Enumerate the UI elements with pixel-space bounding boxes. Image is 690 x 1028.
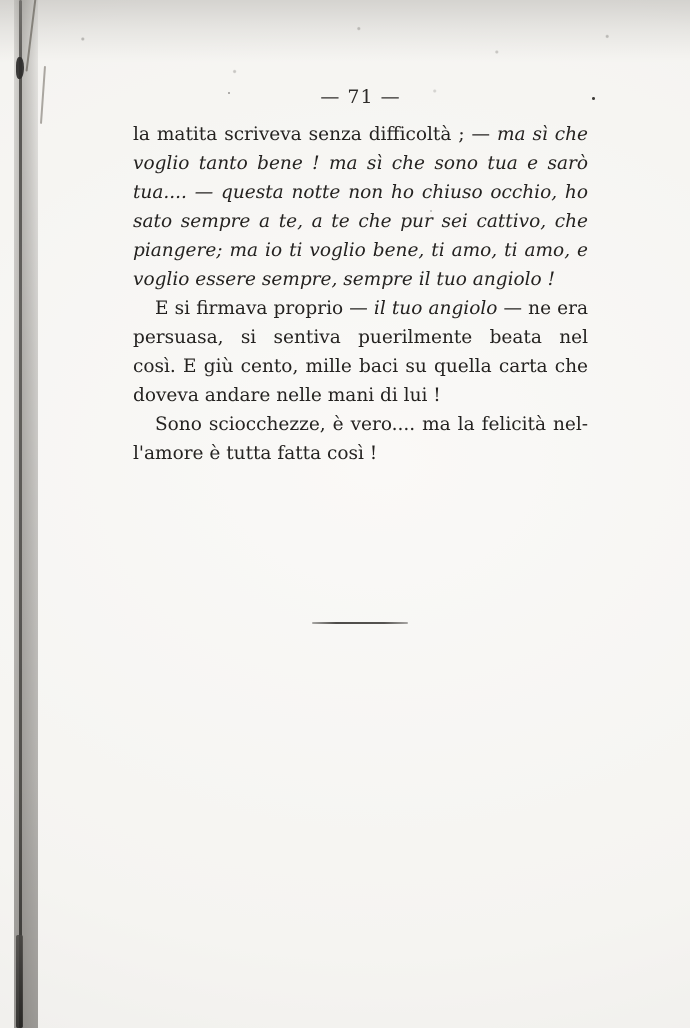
text-line: voglio tanto bene ! ma sì che sono tua e… xyxy=(133,149,588,178)
body-text: la matita scriveva senza difficoltà ; — … xyxy=(133,120,588,468)
binding-shadow xyxy=(14,0,38,1028)
text-line: doveva andare nelle mani di lui ! xyxy=(133,381,588,410)
binding-crease-foot xyxy=(16,935,23,1028)
roman-text: Sono sciocchezze, è vero.... ma la felic… xyxy=(155,414,588,435)
italic-text: voglio essere sempre, sempre il tuo angi… xyxy=(133,269,555,290)
roman-text: persuasa, si sentiva puerilmente beata n… xyxy=(133,327,588,352)
roman-text: doveva andare nelle mani di lui ! xyxy=(133,385,441,406)
roman-text: — ne era xyxy=(497,298,588,319)
text-line: persuasa, si sentiva puerilmente beata n… xyxy=(133,323,588,352)
page-number: — 71 — xyxy=(133,86,588,108)
binding-crease-line xyxy=(19,0,22,1028)
text-line: la matita scriveva senza difficoltà ; — … xyxy=(133,120,588,149)
scan-page: — 71 — la matita scriveva senza difficol… xyxy=(0,0,690,1028)
text-line: sato sempre a te, a te che pur sei catti… xyxy=(133,207,588,236)
text-line: l'amore è tutta fatta così ! xyxy=(133,439,588,468)
italic-text: voglio tanto bene ! ma sì che sono tua e… xyxy=(133,153,588,178)
paper-grain-specks xyxy=(0,0,690,130)
text-line: così. E giù cento, mille baci su quella … xyxy=(133,352,588,381)
italic-text: tua.... — questa notte non ho chiuso occ… xyxy=(133,182,588,207)
italic-text: il tuo angiolo xyxy=(374,298,498,319)
italic-text: sato sempre a te, a te che pur sei catti… xyxy=(133,211,588,236)
roman-text: l'amore è tutta fatta così ! xyxy=(133,443,377,464)
roman-text: E si firmava proprio — xyxy=(155,298,374,319)
roman-text: la matita scriveva senza difficoltà ; — xyxy=(133,124,497,145)
text-line: E si firmava proprio — il tuo angiolo — … xyxy=(133,294,588,323)
ink-speck xyxy=(592,97,595,100)
italic-text: piangere; ma io ti voglio bene, ti amo, … xyxy=(133,240,588,261)
text-line: Sono sciocchezze, è vero.... ma la felic… xyxy=(133,410,588,439)
roman-text: così. E giù cento, mille baci su quella … xyxy=(133,356,588,377)
text-line: voglio essere sempre, sempre il tuo angi… xyxy=(133,265,588,294)
text-line: piangere; ma io ti voglio bene, ti amo, … xyxy=(133,236,588,265)
section-divider-rule xyxy=(312,622,408,624)
text-line: tua.... — questa notte non ho chiuso occ… xyxy=(133,178,588,207)
